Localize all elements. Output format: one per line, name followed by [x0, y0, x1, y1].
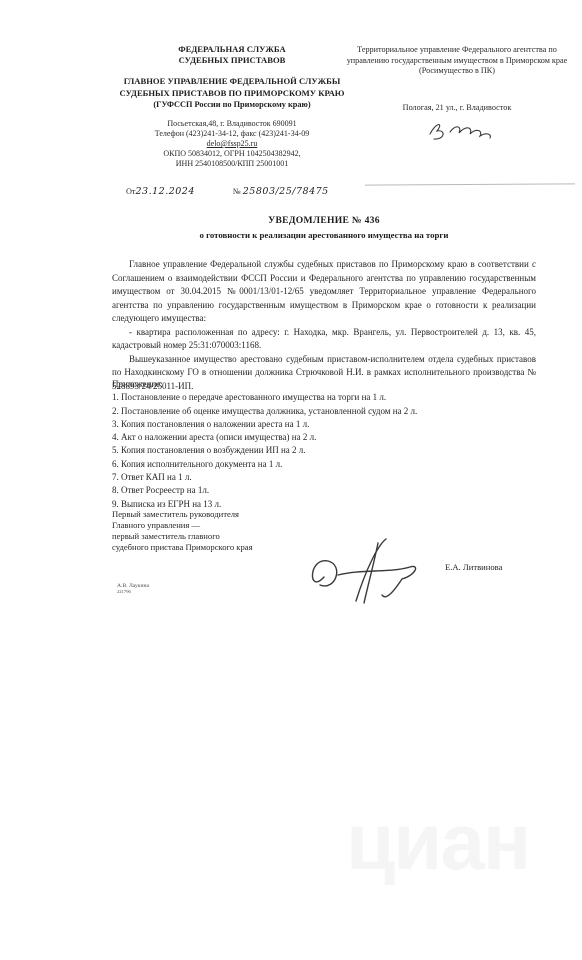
executor-note: А.В. Лаукина 221796 [117, 583, 149, 595]
scan-artifact-line [365, 183, 575, 185]
sender-phone: Телефон (423)241-34-12, факс (423)241-34… [112, 129, 352, 139]
executor-phone: 221796 [117, 589, 149, 594]
sender-inn-kpp: ИНН 2540108500/КПП 25001001 [112, 159, 352, 169]
handwritten-date: 23.12.2024 [136, 186, 195, 197]
signer-position-line: Главного управления — [112, 520, 536, 531]
handwritten-note-scribble [420, 118, 502, 148]
document-title-block: УВЕДОМЛЕНИЕ № 436 о готовности к реализа… [112, 215, 536, 240]
sender-org-line2: СУДЕБНЫХ ПРИСТАВОВ [112, 55, 352, 66]
attachment-item: 8. Ответ Росреестр на 1л. [112, 484, 536, 497]
body-text: Главное управление Федеральной службы су… [112, 258, 536, 393]
handwritten-number: 25803/25/78475 [243, 186, 329, 197]
sender-address: Посьетская,48, г. Владивосток 690091 [112, 119, 352, 129]
sender-email-link[interactable]: delo@fssp25.ru [207, 139, 258, 148]
sender-org-line1: ФЕДЕРАЛЬНАЯ СЛУЖБА [112, 44, 352, 55]
document-title: УВЕДОМЛЕНИЕ № 436 [112, 215, 536, 226]
signer-position-line: Первый заместитель руководителя [112, 509, 536, 520]
attachment-item: 5. Копия постановления о возбуждении ИП … [112, 444, 536, 457]
recipient-org: Территориальное управление Федерального … [338, 45, 576, 66]
signature-block: Первый заместитель руководителяГлавного … [112, 509, 536, 619]
sender-okpo-ogrn: ОКПО 50834012, ОГРН 1042504382942, [112, 149, 352, 159]
recipient-address: Пологая, 21 ул., г. Владивосток [338, 103, 576, 113]
attachments-list: 1. Постановление о передаче арестованног… [112, 391, 536, 511]
recipient-org-short: (Росимущество в ПК) [338, 66, 576, 77]
attachments-label: Приложение: [112, 378, 536, 391]
document-page: ФЕДЕРАЛЬНАЯ СЛУЖБА СУДЕБНЫХ ПРИСТАВОВ ГЛ… [0, 0, 582, 960]
attachment-item: 6. Копия исполнительного документа на 1 … [112, 458, 536, 471]
from-label: От [126, 187, 136, 196]
signature-scribble [304, 535, 434, 607]
body-paragraph-1: Главное управление Федеральной службы су… [112, 258, 536, 326]
sender-department-short: (ГУФССП России по Приморскому краю) [112, 99, 352, 110]
signer-name: Е.А. Литвинова [445, 562, 502, 572]
body-paragraph-property: - квартира расположенная по адресу: г. Н… [112, 326, 536, 353]
sender-department: ГЛАВНОЕ УПРАВЛЕНИЕ ФЕДЕРАЛЬНОЙ СЛУЖБЫ СУ… [112, 76, 352, 99]
attachment-item: 7. Ответ КАП на 1 л. [112, 471, 536, 484]
number-label: № [233, 187, 241, 196]
document-subtitle: о готовности к реализации арестованного … [112, 230, 536, 240]
reference-line: От23.12.2024№ 25803/25/78475 [126, 186, 329, 197]
watermark-text: циан [346, 796, 529, 888]
attachment-item: 2. Постановление об оценке имущества дол… [112, 405, 536, 418]
attachments-block: Приложение: 1. Постановление о передаче … [112, 378, 536, 511]
sender-contacts: Посьетская,48, г. Владивосток 690091 Тел… [112, 119, 352, 169]
recipient-block: Территориальное управление Федерального … [338, 45, 576, 113]
attachment-item: 1. Постановление о передаче арестованног… [112, 391, 536, 404]
attachment-item: 4. Акт о наложении ареста (описи имущест… [112, 431, 536, 444]
attachment-item: 3. Копия постановления о наложении арест… [112, 418, 536, 431]
sender-block: ФЕДЕРАЛЬНАЯ СЛУЖБА СУДЕБНЫХ ПРИСТАВОВ ГЛ… [112, 44, 352, 169]
